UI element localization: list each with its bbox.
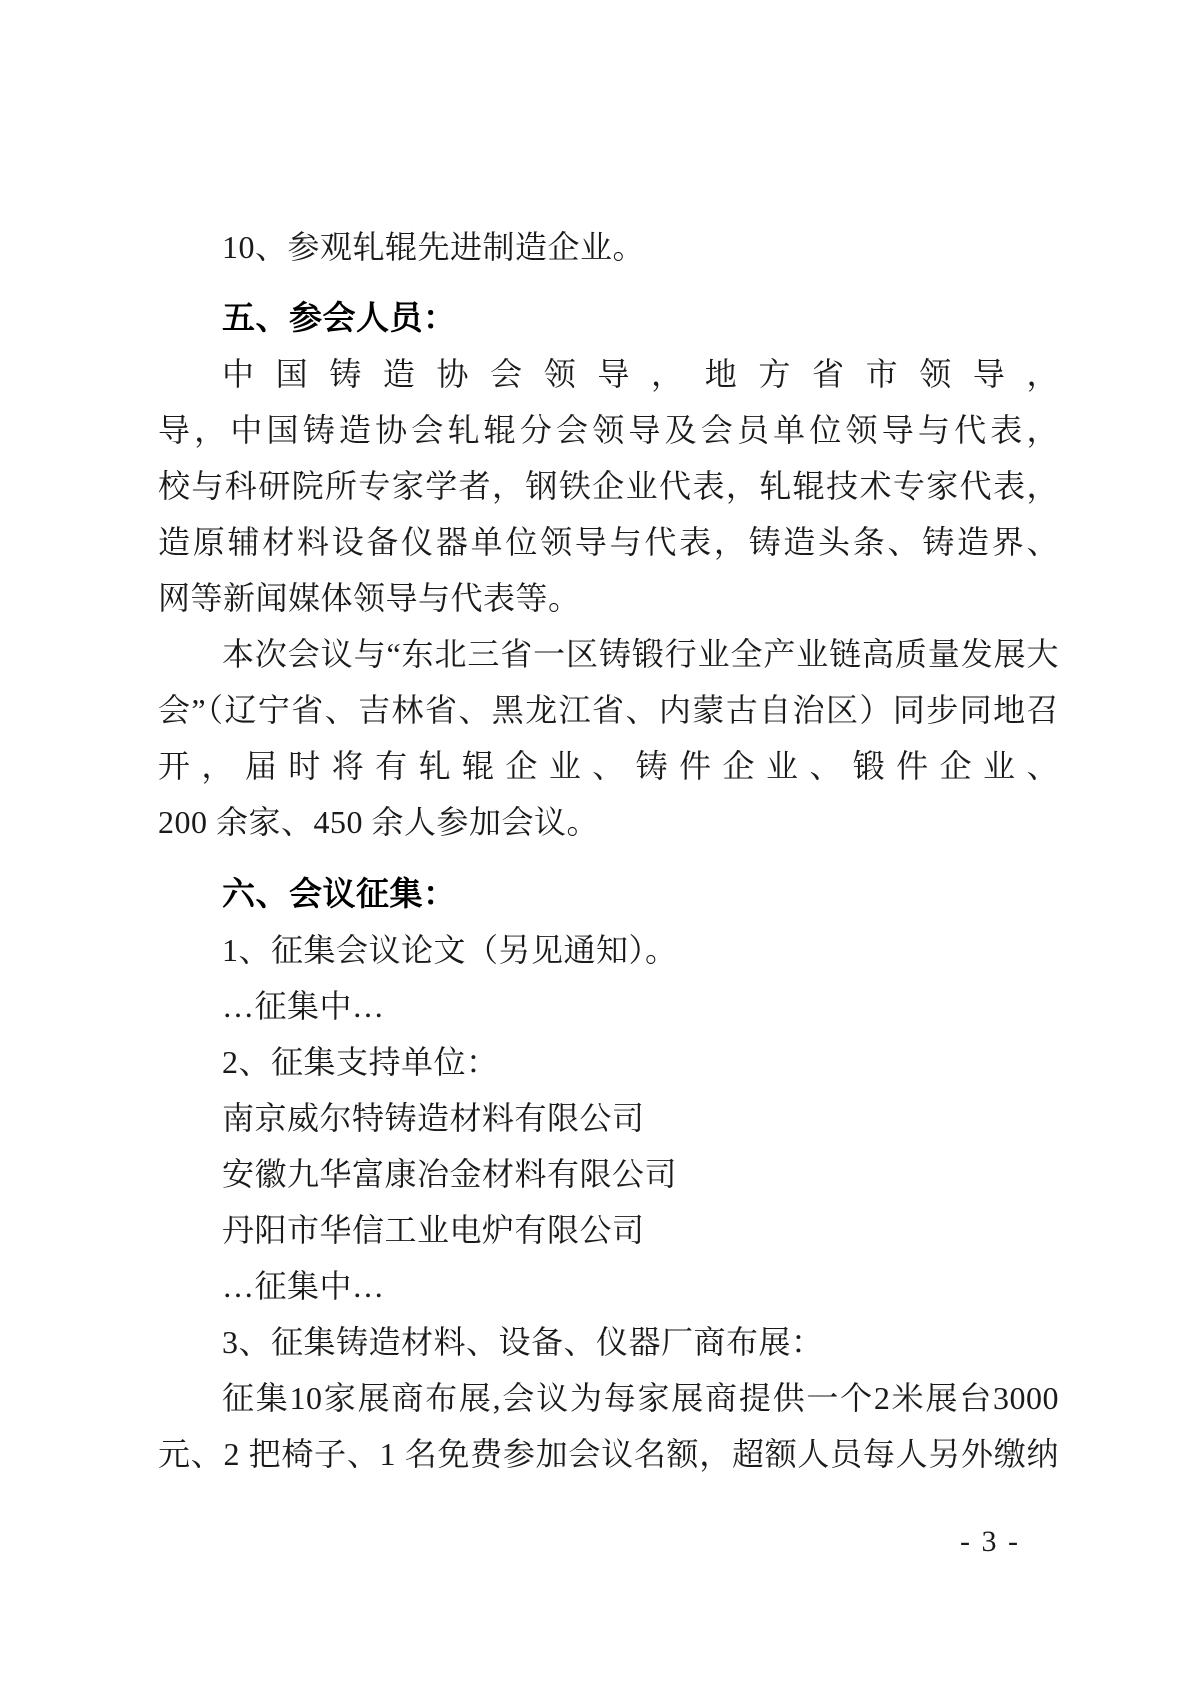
numbered-item-10: 10、参观轧辊先进制造企业。: [158, 219, 1059, 275]
section-5-paragraph-2-line: 会”（辽宁省、吉林省、黑龙江省、内蒙古自治区）同步同地召: [158, 682, 1059, 738]
section-5-paragraph-2-line: 本次会议与“东北三省一区铸锻行业全产业链高质量发展大: [158, 626, 1059, 682]
section-5-heading: 五、参会人员：: [158, 290, 1059, 346]
section-5-paragraph-2-line: 200 余家、450 余人参加会议。: [158, 794, 1059, 850]
document-page: 10、参观轧辊先进制造企业。 五、参会人员： 中国铸造协会领导，地方省市领导，辽…: [0, 0, 1200, 1697]
section-5-paragraph-1-line: 校与科研院所专家学者，钢铁企业代表，轧辊技术专家代表，铸: [158, 458, 1059, 514]
page-number: - 3 -: [158, 1527, 1059, 1557]
section-5-paragraph-1-line: 造原辅材料设备仪器单位领导与代表，铸造头条、铸造界、百铸: [158, 514, 1059, 570]
section-6-heading: 六、会议征集：: [158, 866, 1059, 922]
section-6-item-2: 2、征集支持单位：: [158, 1034, 1059, 1090]
section-5-paragraph-1-line: 中国铸造协会领导，地方省市领导，辽宁省铸锻行业协会领: [158, 346, 1059, 402]
collecting-note: …征集中…: [158, 1258, 1059, 1314]
section-6-paragraph-3-line: 元、2 把椅子、1 名免费参加会议名额，超额人员每人另外缴纳: [158, 1426, 1059, 1482]
supporting-company: 安徽九华富康冶金材料有限公司: [158, 1146, 1059, 1202]
section-6-item-1: 1、征集会议论文（另见通知）。: [158, 922, 1059, 978]
section-6-item-3: 3、征集铸造材料、设备、仪器厂商布展：: [158, 1314, 1059, 1370]
section-5-paragraph-1-line: 导，中国铸造协会轧辊分会领导及会员单位领导与代表，高等院: [158, 402, 1059, 458]
section-5-paragraph-2-line: 开，届时将有轧辊企业、铸件企业、锻件企业、铸造供应链企业: [158, 738, 1059, 794]
collecting-note: …征集中…: [158, 978, 1059, 1034]
supporting-company: 南京威尔特铸造材料有限公司: [158, 1090, 1059, 1146]
section-5-paragraph-1-line: 网等新闻媒体领导与代表等。: [158, 570, 1059, 626]
supporting-company: 丹阳市华信工业电炉有限公司: [158, 1202, 1059, 1258]
section-6-paragraph-3-line: 征集10家展商布展,会议为每家展商提供一个2米展台3000: [158, 1370, 1059, 1426]
